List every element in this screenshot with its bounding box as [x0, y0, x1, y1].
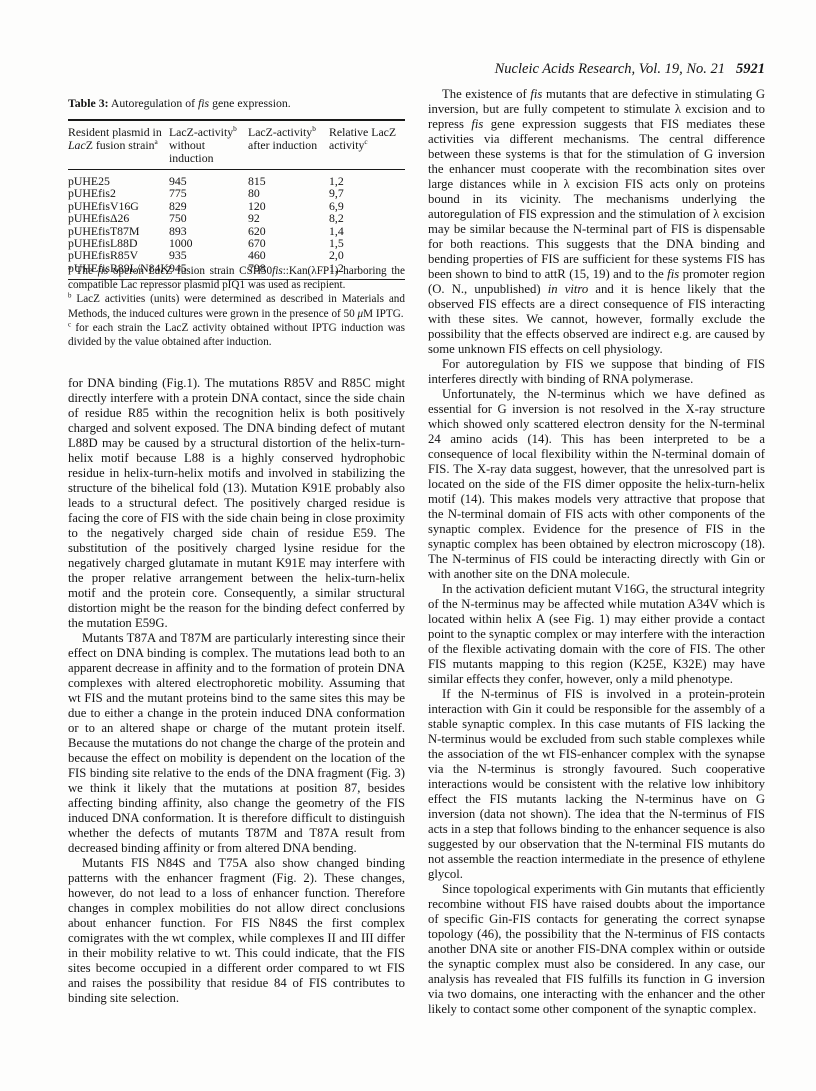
journal-header: Nucleic Acids Research, Vol. 19, No. 215… [495, 61, 765, 78]
paragraph: Since topological experiments with Gin m… [428, 882, 765, 1017]
paragraph: b LacZ activities (units) were determine… [68, 292, 405, 320]
paragraph: In the activation deficient mutant V16G,… [428, 582, 765, 687]
table-cell: 815 [248, 170, 329, 188]
table-cell: 92 [248, 212, 329, 224]
paragraph: For autoregulation by FIS we suppose tha… [428, 357, 765, 387]
table-cell: 945 [169, 170, 248, 188]
table-cell: 120 [248, 200, 329, 212]
table-row: pUHEfisR85V9354602,0 [68, 249, 405, 261]
table-cell: 80 [248, 187, 329, 199]
table-cell: 9,7 [329, 187, 405, 199]
table-row: pUHEfis2775809,7 [68, 187, 405, 199]
page-number: 5921 [736, 61, 765, 77]
paragraph: c for each strain the LacZ activity obta… [68, 321, 405, 349]
table-cell: 1,2 [329, 170, 405, 188]
table-footnotes: a The fis operon LacZ fusion strain CSH5… [68, 264, 405, 349]
table-cell: 460 [248, 249, 329, 261]
table-header-row: Resident plasmid in LacZ fusion straina … [68, 120, 405, 170]
journal-page: Nucleic Acids Research, Vol. 19, No. 215… [0, 0, 816, 1091]
autoregulation-table: Resident plasmid in LacZ fusion straina … [68, 119, 405, 280]
table-caption: Table 3: Autoregulation of fis gene expr… [68, 97, 405, 110]
table-cell: pUHEfis2 [68, 187, 169, 199]
table-row: pUHE259458151,2 [68, 170, 405, 188]
paragraph: Mutants T87A and T87M are particularly i… [68, 631, 405, 856]
column-header: Relative LacZ activityc [329, 120, 405, 170]
table-3: Table 3: Autoregulation of fis gene expr… [68, 97, 405, 280]
paragraph: The existence of fis mutants that are de… [428, 87, 765, 357]
table-cell: pUHEfisR85V [68, 249, 169, 261]
table-cell: 8,2 [329, 212, 405, 224]
column-header: LacZ-activityb without induction [169, 120, 248, 170]
column-header: LacZ-activityb after induction [248, 120, 329, 170]
table-cell: pUHEfisΔ26 [68, 212, 169, 224]
table-cell: pUHE25 [68, 170, 169, 188]
paragraph: Mutants FIS N84S and T75A also show chan… [68, 856, 405, 1006]
table-cell: 750 [169, 212, 248, 224]
left-column-body: for DNA binding (Fig.1). The mutations R… [68, 376, 405, 1006]
column-header: Resident plasmid in LacZ fusion straina [68, 120, 169, 170]
paragraph: Unfortunately, the N-terminus which we h… [428, 387, 765, 582]
table-row: pUHEfisΔ26750928,2 [68, 212, 405, 224]
table-cell: 2,0 [329, 249, 405, 261]
journal-title: Nucleic Acids Research, Vol. 19, No. 21 [495, 61, 725, 77]
paragraph: for DNA binding (Fig.1). The mutations R… [68, 376, 405, 631]
paragraph: If the N-terminus of FIS is involved in … [428, 687, 765, 882]
right-column-body: The existence of fis mutants that are de… [428, 87, 765, 1017]
table-cell: 775 [169, 187, 248, 199]
paragraph: a The fis operon LacZ fusion strain CSH5… [68, 264, 405, 292]
table-cell: 935 [169, 249, 248, 261]
